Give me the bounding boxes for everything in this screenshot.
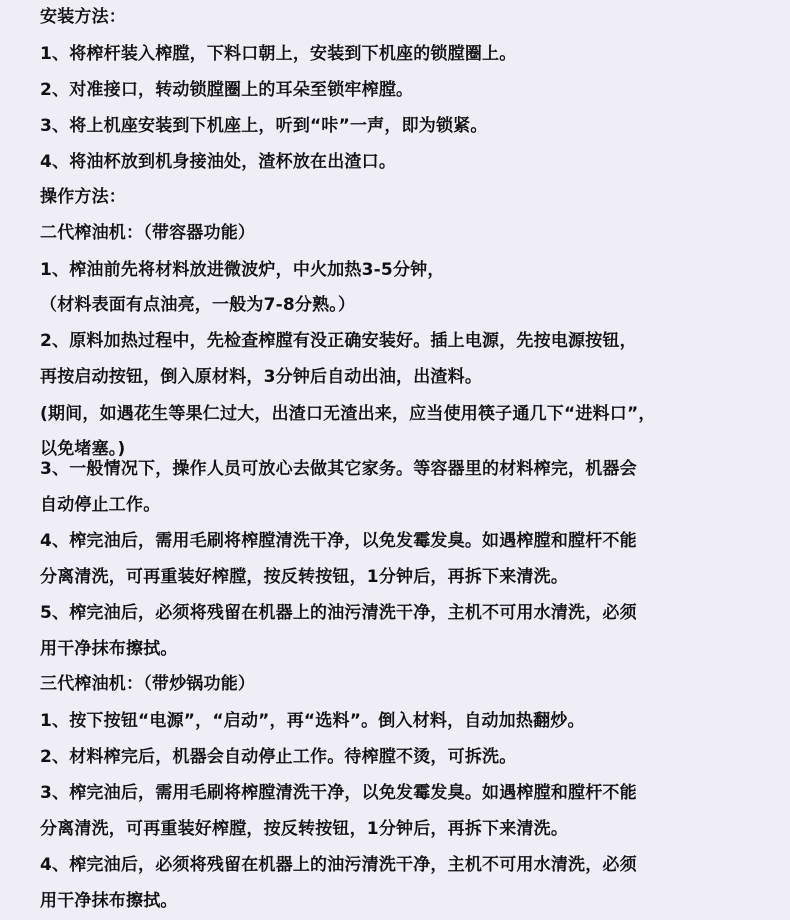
instruction-document: 安装方法： 1、将榨杆装入榨膛，下料口朝上，安装到下机座的锁膛圈上。 2、对准接…	[0, 0, 790, 920]
gen2-line: （材料表面有点油亮，一般为7-8分熟。）	[40, 294, 355, 316]
gen3-line: 4、榨完油后，必须将残留在机器上的油污清洗干净，主机不可用水清洗，必须	[40, 854, 637, 876]
gen3-line: 2、材料榨完后，机器会自动停止工作。待榨膛不烫，可拆洗。	[40, 746, 516, 768]
gen2-line: 再按启动按钮，倒入原材料，3分钟后自动出油，出渣料。	[40, 366, 482, 388]
gen2-line: 用干净抹布擦拭。	[40, 638, 178, 660]
gen3-heading: 三代榨油机：（带炒锅功能）	[40, 673, 255, 695]
gen2-line: 4、榨完油后，需用毛刷将榨膛清洗干净，以免发霉发臭。如遇榨膛和膛杆不能	[40, 530, 637, 552]
operation-heading: 操作方法：	[40, 186, 126, 208]
gen2-line: 分离清洗，可再重装好榨膛，按反转按钮，1分钟后，再拆下来清洗。	[40, 566, 568, 588]
install-step-2: 2、对准接口，转动锁膛圈上的耳朵至锁牢榨膛。	[40, 79, 413, 101]
install-step-3: 3、将上机座安装到下机座上，听到“咔”一声，即为锁紧。	[40, 115, 488, 137]
gen2-line: 5、榨完油后，必须将残留在机器上的油污清洗干净，主机不可用水清洗，必须	[40, 602, 637, 624]
gen2-line: 3、一般情况下，操作人员可放心去做其它家务。等容器里的材料榨完，机器会	[40, 458, 637, 480]
gen2-line: 自动停止工作。	[40, 494, 160, 516]
gen3-line: 用干净抹布擦拭。	[40, 890, 178, 912]
gen2-line: 2、原料加热过程中，先检查榨膛有没正确安装好。插上电源，先按电源按钮，	[40, 330, 637, 352]
gen3-line: 3、榨完油后，需用毛刷将榨膛清洗干净，以免发霉发臭。如遇榨膛和膛杆不能	[40, 782, 637, 804]
gen2-line: 以免堵塞。)	[40, 438, 125, 460]
gen3-line: 1、按下按钮“电源”，“启动”，再“选料”。倒入材料，自动加热翻炒。	[40, 710, 585, 732]
gen3-line: 分离清洗，可再重装好榨膛，按反转按钮，1分钟后，再拆下来清洗。	[40, 818, 568, 840]
gen2-heading: 二代榨油机：（带容器功能）	[40, 222, 255, 244]
gen2-line: (期间，如遇花生等果仁过大，出渣口无渣出来，应当使用筷子通几下“进料口”，	[40, 403, 656, 425]
install-heading: 安装方法：	[40, 6, 126, 28]
install-step-4: 4、将油杯放到机身接油处，渣杯放在出渣口。	[40, 151, 396, 173]
install-step-1: 1、将榨杆装入榨膛，下料口朝上，安装到下机座的锁膛圈上。	[40, 43, 516, 65]
gen2-line: 1、榨油前先将材料放进微波炉，中火加热3-5分钟，	[40, 259, 445, 281]
